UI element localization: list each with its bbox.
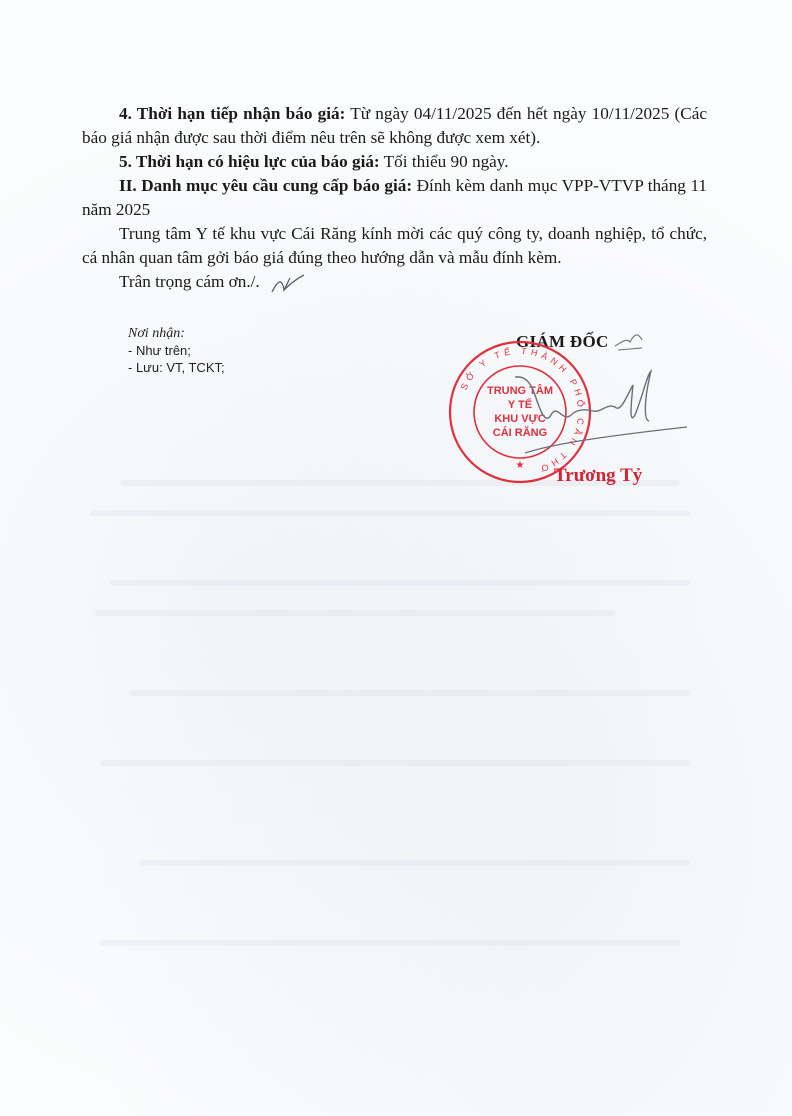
bleed-through-mark xyxy=(90,510,690,516)
signer-name: Trương Tỷ xyxy=(554,465,642,487)
section-quote-receipt-period: 4. Thời hạn tiếp nhận báo giá: Từ ngày 0… xyxy=(82,102,707,150)
bleed-through-mark xyxy=(130,690,690,696)
initials-mark-icon xyxy=(612,328,652,352)
handwritten-signature-icon xyxy=(515,365,690,475)
bleed-through-mark xyxy=(100,760,690,766)
recipients-label: Nơi nhận: xyxy=(128,325,225,342)
bleed-through-mark xyxy=(100,940,680,946)
invitation-text: Trung tâm Y tế khu vực Cái Răng kính mời… xyxy=(82,224,707,267)
recipient-item: - Lưu: VT, TCKT; xyxy=(128,359,225,376)
section-quote-validity: 5. Thời hạn có hiệu lực của báo giá: Tối… xyxy=(82,150,707,174)
bleed-through-mark xyxy=(95,610,615,616)
section-label: 5. Thời hạn có hiệu lực của báo giá: xyxy=(119,152,380,171)
closing-text: Trân trọng cám ơn./. xyxy=(119,272,260,291)
bleed-through-mark xyxy=(140,860,690,866)
section-text: Tối thiểu 90 ngày. xyxy=(380,152,509,171)
section-label: II. Danh mục yêu cầu cung cấp báo giá: xyxy=(119,176,412,195)
recipient-item: - Như trên; xyxy=(128,342,225,359)
initials-mark-icon xyxy=(268,272,308,298)
closing-paragraph: Trân trọng cám ơn./. xyxy=(82,270,707,294)
bleed-through-mark xyxy=(110,580,690,586)
recipients-block: Nơi nhận: - Như trên; - Lưu: VT, TCKT; xyxy=(128,325,225,376)
invitation-paragraph: Trung tâm Y tế khu vực Cái Răng kính mời… xyxy=(82,222,707,270)
section-item-list: II. Danh mục yêu cầu cung cấp báo giá: Đ… xyxy=(82,174,707,222)
section-label: 4. Thời hạn tiếp nhận báo giá: xyxy=(119,104,345,123)
